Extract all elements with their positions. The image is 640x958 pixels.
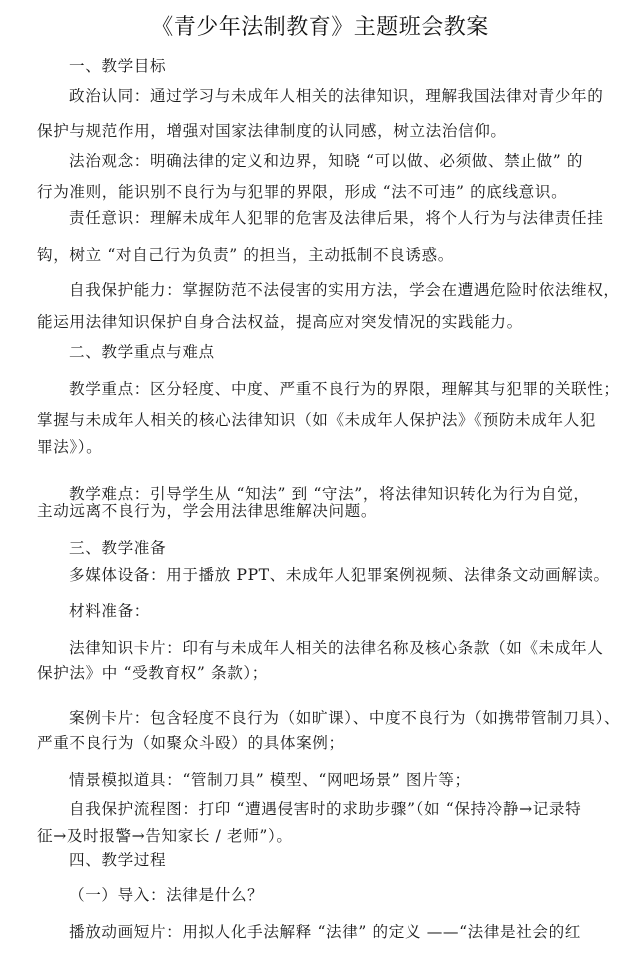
- text-line: 保护与规范作用，增强对国家法律制度的认同感，树立法治信仰。: [37, 119, 607, 143]
- text-line: 播放动画短片：用拟人化手法解释 “法律” 的定义 ——“法律是社会的红: [69, 920, 609, 944]
- text-line: 法律知识卡片：印有与未成年人相关的法律名称及核心条款（如《未成年人: [69, 636, 609, 660]
- text-line: 二、教学重点与难点: [69, 340, 609, 364]
- text-line: 能运用法律知识保护自身合法权益，提高应对突发情况的实践能力。: [37, 310, 607, 334]
- text-line: 自我保护能力：掌握防范不法侵害的实用方法，学会在遭遇危险时依法维权，: [69, 278, 609, 302]
- text-line: 掌握与未成年人相关的核心法律知识（如《未成年人保护法》《预防未成年人犯: [37, 408, 607, 432]
- text-line: 一、教学目标: [69, 54, 609, 78]
- text-line: 材料准备：: [69, 599, 609, 623]
- text-line: 自我保护流程图：打印 “遭遇侵害时的求助步骤”（如 “保持冷静→记录特: [69, 797, 609, 821]
- document-title: 《青少年法制教育》主题班会教案: [0, 12, 640, 44]
- text-line: 责任意识：理解未成年人犯罪的危害及法律后果，将个人行为与法律责任挂: [69, 206, 609, 230]
- text-line: 政治认同：通过学习与未成年人相关的法律知识，理解我国法律对青少年的: [69, 84, 609, 108]
- text-line: 情景模拟道具：“管制刀具” 模型、“网吧场景” 图片等；: [69, 768, 609, 792]
- document-page: 《青少年法制教育》主题班会教案 一、教学目标政治认同：通过学习与未成年人相关的法…: [0, 0, 640, 958]
- text-line: 严重不良行为（如聚众斗殴）的具体案例；: [37, 731, 607, 755]
- text-line: 罪法》）。: [37, 435, 607, 459]
- text-line: 教学重点：区分轻度、中度、严重不良行为的界限，理解其与犯罪的关联性；: [69, 377, 609, 401]
- text-line: 四、教学过程: [69, 848, 609, 872]
- text-line: 保护法》中 “受教育权” 条款）；: [37, 661, 607, 685]
- text-line: 钩，树立 “对自己行为负责” 的担当，主动抵制不良诱惑。: [37, 243, 607, 267]
- text-line: 多媒体设备：用于播放 PPT、未成年人犯罪案例视频、法律条文动画解读。: [69, 563, 609, 587]
- text-line: 案例卡片：包含轻度不良行为（如旷课）、中度不良行为（如携带管制刀具）、: [69, 706, 609, 730]
- text-line: 三、教学准备: [69, 536, 609, 560]
- text-line: 法治观念：明确法律的定义和边界，知晓 “可以做、必须做、禁止做” 的: [69, 149, 609, 173]
- text-line: 行为准则，能识别不良行为与犯罪的界限，形成 “法不可违” 的底线意识。: [37, 180, 607, 204]
- text-line: （一）导入：法律是什么？: [69, 883, 609, 907]
- text-line: 主动远离不良行为，学会用法律思维解决问题。: [37, 499, 607, 523]
- text-line: 征→及时报警→告知家长 / 老师”）。: [37, 824, 607, 848]
